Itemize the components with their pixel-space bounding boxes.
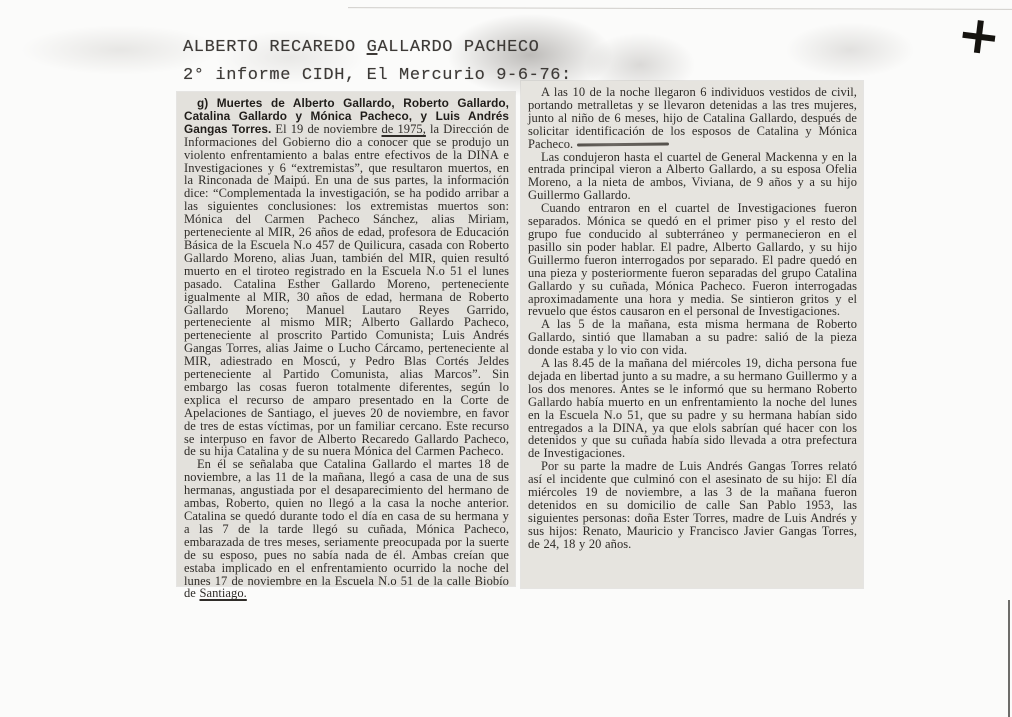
cross-mark-icon: +	[953, 5, 1005, 66]
right-paragraph-6: Por su parte la madre de Luis Andrés Gan…	[528, 460, 857, 550]
document-header: ALBERTO RECAREDO GALLARDO PACHECO 2° inf…	[183, 34, 572, 90]
left-paragraph-1: g) Muertes de Alberto Gallardo, Roberto …	[184, 97, 509, 458]
scan-edge-line	[1008, 600, 1010, 717]
underlined-word: Santiago.	[199, 586, 246, 600]
right-paragraph-3: Cuando entraron en el cuartel de Investi…	[528, 202, 857, 318]
header-title-pre: ALBERTO RECAREDO	[183, 38, 367, 57]
clipping-left-column: g) Muertes de Alberto Gallardo, Roberto …	[177, 92, 515, 586]
paragraph-text: El 19 de noviembre	[271, 122, 381, 136]
header-title-post: ALLARDO PACHECO	[377, 38, 539, 57]
header-source-line: 2° informe CIDH, El Mercurio 9-6-76:	[183, 62, 572, 90]
handwritten-line-mark	[577, 143, 669, 147]
scanned-document-page: { "marks": { "cross_mark": "+" }, "heade…	[0, 0, 1012, 717]
right-paragraph-4: A las 5 de la mañana, esta misma hermana…	[528, 318, 857, 357]
paragraph-text: A las 10 de la noche llegaron 6 individu…	[528, 85, 857, 151]
scan-smudge	[780, 20, 920, 80]
right-paragraph-1: A las 10 de la noche llegaron 6 individu…	[528, 86, 857, 151]
paragraph-text: la Dirección de Informaciones del Gobier…	[184, 122, 509, 459]
right-paragraph-2: Las condujeron hasta el cuartel de Gener…	[528, 151, 857, 203]
right-paragraph-5: A las 8.45 de la mañana del miércoles 19…	[528, 357, 857, 460]
left-paragraph-2: En él se señalaba que Catalina Gallardo …	[184, 458, 509, 600]
scan-paper-edge	[348, 7, 1012, 14]
clipping-right-column: A las 10 de la noche llegaron 6 individu…	[521, 81, 863, 588]
underlined-date: de 1975,	[382, 122, 426, 136]
paragraph-text: En él se señalaba que Catalina Gallardo …	[184, 457, 509, 600]
header-title-underlined-letter: G	[367, 38, 378, 57]
header-title-line: ALBERTO RECAREDO GALLARDO PACHECO	[183, 34, 572, 62]
